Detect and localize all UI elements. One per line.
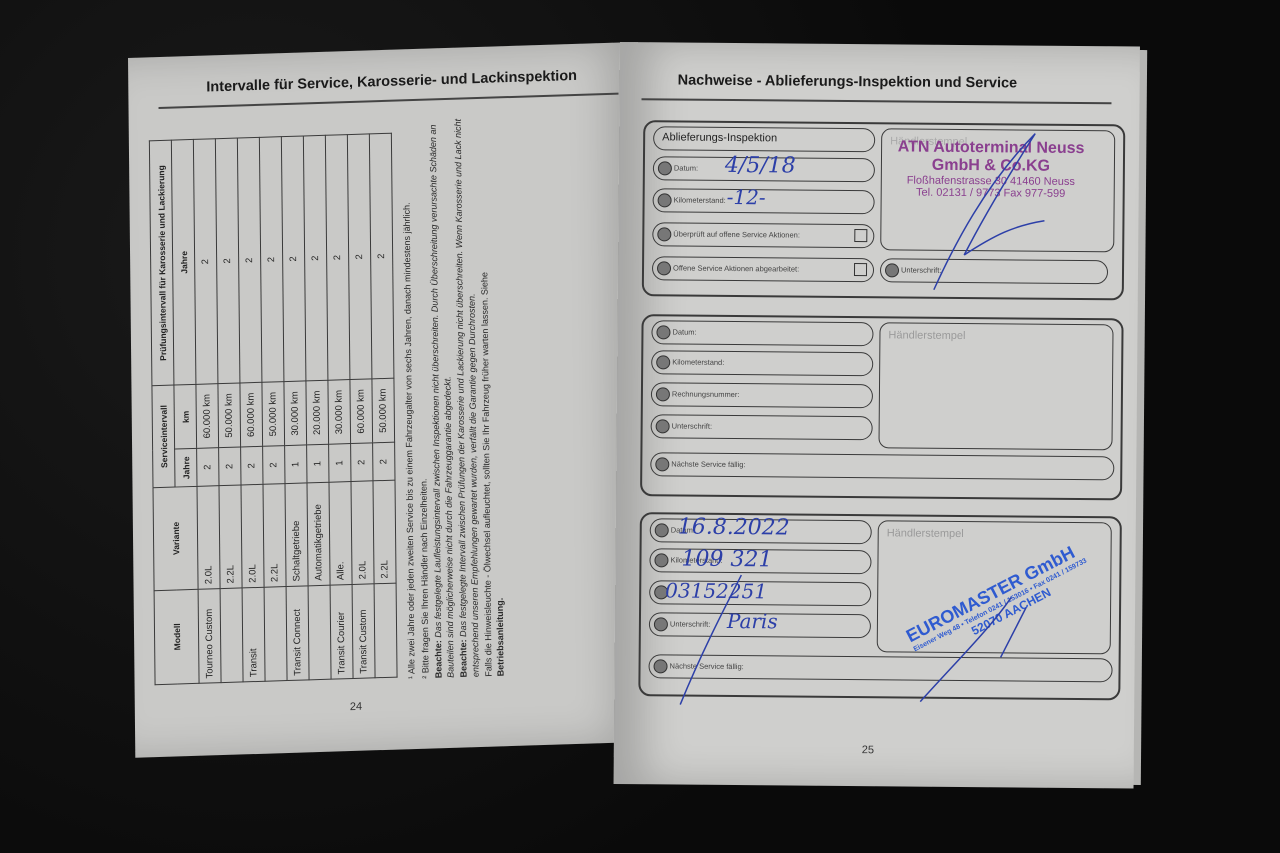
header-years: Jahre bbox=[175, 449, 197, 488]
cell-body-years: 2 bbox=[259, 137, 284, 383]
service-interval-table: Modell Variante Serviceintervall Prüfung… bbox=[149, 133, 398, 685]
cell-variant: Automatikgetriebe bbox=[307, 482, 330, 585]
service-interval-table-wrapper: Modell Variante Serviceintervall Prüfung… bbox=[149, 117, 425, 685]
cell-km: 60.000 km bbox=[350, 379, 373, 444]
bullet-icon bbox=[657, 227, 671, 241]
cell-variant: 2.2L bbox=[373, 480, 396, 583]
cell-body-years: 2 bbox=[193, 139, 218, 385]
cell-years: 2 bbox=[373, 442, 395, 481]
header-variant: Variante bbox=[153, 486, 198, 590]
cell-body-years: 2 bbox=[237, 137, 262, 383]
cell-variant: 2.0L bbox=[241, 484, 264, 587]
date-field[interactable]: Datum: bbox=[651, 320, 873, 346]
note-beachte-2: Beachte: Das festgelegte Intervall zwisc… bbox=[453, 117, 482, 678]
note-beachte-1: Beachte: Das festgelegte Laufleistungsin… bbox=[428, 118, 457, 679]
bullet-icon bbox=[657, 261, 671, 275]
cell-km: 50.000 km bbox=[262, 382, 285, 447]
handwritten-date: 4/5/18 bbox=[725, 153, 796, 179]
header-body-years: Jahre bbox=[171, 139, 196, 385]
checked-open-actions-field[interactable]: Überprüft auf offene Service Aktionen: bbox=[652, 222, 874, 248]
cell-model bbox=[220, 588, 243, 683]
cell-model: Tourneo Custom bbox=[198, 588, 221, 683]
bullet-icon bbox=[655, 457, 669, 471]
cell-body-years: 2 bbox=[281, 136, 306, 382]
handwritten-mileage: -12- bbox=[727, 185, 766, 209]
signature-scribble bbox=[924, 125, 1065, 296]
cell-variant: 2.0L bbox=[197, 486, 220, 589]
cell-model: Transit bbox=[242, 587, 265, 682]
cell-variant: Alle. bbox=[329, 482, 352, 585]
bullet-icon bbox=[658, 161, 672, 175]
service-block-2: Datum: Kilometerstand: Rechnungsnummer: … bbox=[638, 512, 1122, 700]
cell-years: 2 bbox=[351, 443, 373, 482]
mileage-field[interactable]: Kilometerstand: bbox=[651, 350, 873, 376]
cell-km: 50.000 km bbox=[218, 383, 241, 448]
title-rule bbox=[159, 93, 619, 109]
cell-years: 2 bbox=[241, 446, 263, 485]
cell-body-years: 2 bbox=[215, 138, 240, 384]
service-block-1: Datum: Kilometerstand: Rechnungsnummer: … bbox=[640, 314, 1124, 500]
left-page-title: Intervalle für Service, Karosserie- und … bbox=[206, 68, 577, 96]
title-rule bbox=[641, 98, 1111, 104]
bullet-icon bbox=[656, 387, 670, 401]
dealer-stamp-box: Händlerstempel bbox=[878, 322, 1113, 450]
table-row: 2.2L250.000 km2 bbox=[369, 133, 397, 678]
checkbox-icon[interactable] bbox=[854, 229, 867, 242]
right-page-title: Nachweise - Ablieferungs-Inspektion und … bbox=[678, 73, 1018, 92]
cell-years: 2 bbox=[219, 447, 241, 486]
footnotes: ¹ Alle zwei Jahre oder jeden zweiten Ser… bbox=[401, 115, 547, 679]
note-warning: Falls die Hinweisleuchte - Ölwechsel auf… bbox=[478, 116, 507, 677]
next-service-field[interactable]: Nächste Service fällig: bbox=[650, 452, 1114, 480]
bullet-icon bbox=[658, 193, 672, 207]
cell-km: 20.000 km bbox=[306, 380, 329, 445]
left-page: Intervalle für Service, Karosserie- und … bbox=[128, 42, 645, 758]
bullet-icon bbox=[656, 325, 670, 339]
bullet-icon bbox=[656, 355, 670, 369]
bullet-icon bbox=[885, 263, 899, 277]
header-body-paint-interval: Prüfungsintervall für Karosserie und Lac… bbox=[149, 140, 174, 386]
cell-km: 60.000 km bbox=[240, 382, 263, 447]
cell-body-years: 2 bbox=[347, 134, 372, 380]
cell-variant: Schaltgetriebe bbox=[285, 483, 308, 586]
cell-body-years: 2 bbox=[369, 133, 394, 379]
cell-body-years: 2 bbox=[325, 135, 350, 381]
cell-variant: 2.2L bbox=[219, 485, 242, 588]
delivery-inspection-block: Ablieferungs-Inspektion Datum: Kilometer… bbox=[642, 120, 1126, 300]
cell-km: 60.000 km bbox=[196, 384, 219, 449]
header-model: Modell bbox=[154, 589, 199, 685]
cell-years: 1 bbox=[329, 444, 351, 483]
header-service-interval: Serviceintervall bbox=[152, 385, 175, 488]
checkbox-icon[interactable] bbox=[854, 263, 867, 276]
cell-model: Transit Courier bbox=[330, 584, 353, 679]
cell-variant: 2.2L bbox=[263, 484, 286, 587]
page-number-right: 25 bbox=[862, 744, 874, 756]
cell-variant: 2.0L bbox=[351, 481, 374, 584]
header-km: km bbox=[174, 385, 197, 450]
cell-model: Transit Custom bbox=[352, 583, 375, 678]
cell-years: 2 bbox=[263, 446, 285, 485]
cell-body-years: 2 bbox=[303, 135, 328, 381]
cell-years: 2 bbox=[197, 448, 219, 487]
bullet-icon bbox=[656, 419, 670, 433]
delivery-inspection-heading: Ablieferungs-Inspektion bbox=[653, 126, 875, 152]
page-number-left: 24 bbox=[350, 701, 362, 713]
cell-model bbox=[264, 586, 287, 681]
right-page: Nachweise - Ablieferungs-Inspektion und … bbox=[614, 42, 1140, 789]
cell-model bbox=[308, 585, 331, 680]
signature-field[interactable]: Unterschrift: bbox=[651, 414, 873, 440]
cell-km: 30.000 km bbox=[328, 380, 351, 445]
cell-model bbox=[374, 583, 397, 678]
open-actions-done-field[interactable]: Offene Service Aktionen abgearbeitet: bbox=[652, 256, 874, 282]
signature-scribble bbox=[660, 534, 1101, 708]
cell-years: 1 bbox=[307, 444, 329, 483]
cell-years: 1 bbox=[285, 445, 307, 484]
cell-model: Transit Connect bbox=[286, 586, 309, 681]
cell-km: 30.000 km bbox=[284, 381, 307, 446]
invoice-number-field[interactable]: Rechnungsnummer: bbox=[651, 382, 873, 408]
cell-km: 50.000 km bbox=[372, 378, 395, 443]
